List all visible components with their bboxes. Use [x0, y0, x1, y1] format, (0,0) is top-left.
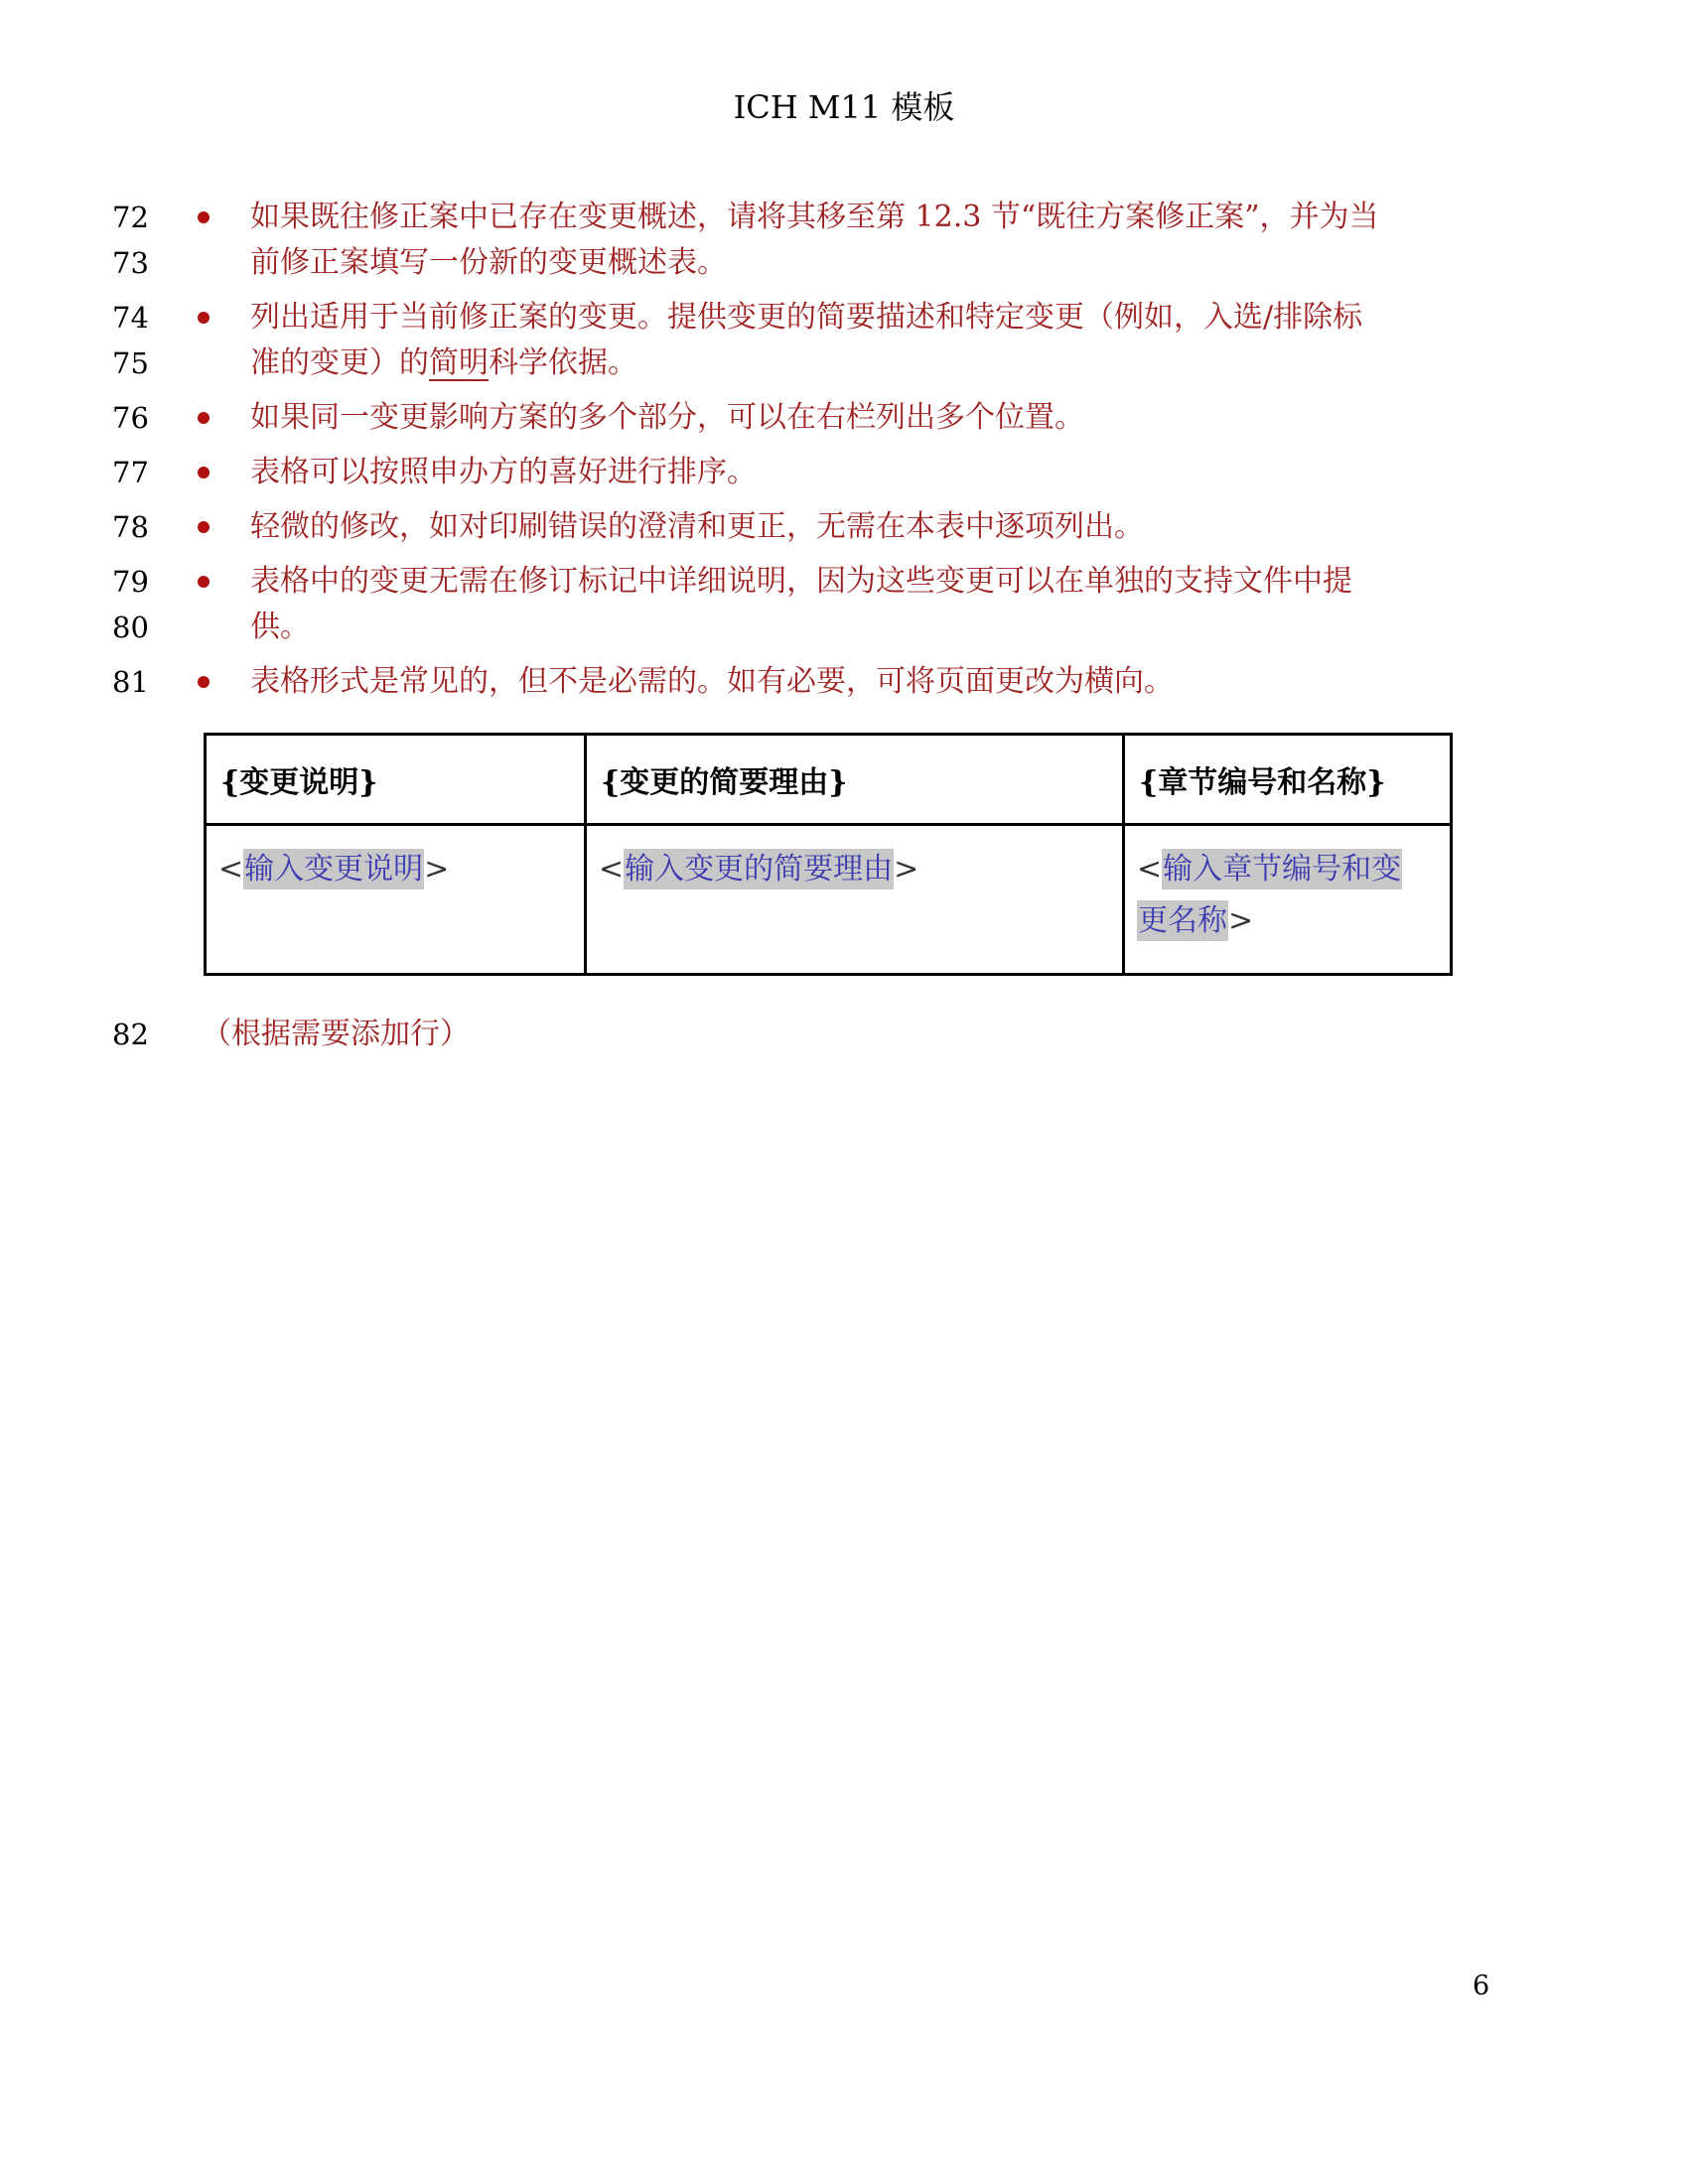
bullet-icon	[198, 467, 210, 478]
line-numbers: 77	[112, 450, 149, 495]
change-summary-table: {变更说明} {变更的简要理由} {章节编号和名称} <输入变更说明> <输入变…	[204, 733, 1453, 976]
table-header-change-reason: {变更的简要理由}	[586, 735, 1124, 825]
bullet-item: 79 80 表格中的变更无需在修订标记中详细说明，因为这些变更可以在单独的支持文…	[0, 559, 1688, 650]
text-line: 准的变更）的简明科学依据。	[250, 341, 1688, 386]
bullet-item: 74 75 列出适用于当前修正案的变更。提供变更的简要描述和特定变更（例如，入选…	[0, 295, 1688, 386]
text-line: 如果既往修正案中已存在变更概述，请将其移至第 12.3 节“既往方案修正案”，并…	[250, 195, 1688, 240]
add-rows-note-row: 82 （根据需要添加行）	[0, 1012, 1688, 1057]
text-line: 表格可以按照申办方的喜好进行排序。	[250, 450, 1688, 495]
underlined-term: 简明	[429, 345, 489, 380]
bullet-text: 表格形式是常见的，但不是必需的。如有必要，可将页面更改为横向。	[250, 659, 1688, 705]
page-number: 6	[1473, 1971, 1489, 2001]
line-number: 82	[112, 1012, 149, 1057]
bullet-icon	[198, 676, 210, 688]
cell-change-description: <输入变更说明>	[206, 825, 586, 975]
line-number: 75	[112, 341, 149, 386]
text-line: 表格中的变更无需在修订标记中详细说明，因为这些变更可以在单独的支持文件中提	[250, 559, 1688, 605]
line-number: 79	[112, 559, 149, 605]
bullet-text: 表格中的变更无需在修订标记中详细说明，因为这些变更可以在单独的支持文件中提 供。	[250, 559, 1688, 650]
bullet-text: 如果既往修正案中已存在变更概述，请将其移至第 12.3 节“既往方案修正案”，并…	[250, 195, 1688, 286]
open-bracket: <	[599, 852, 624, 887]
bullet-item: 78 轻微的修改，如对印刷错误的澄清和更正，无需在本表中逐项列出。	[0, 504, 1688, 550]
line-numbers: 78	[112, 504, 149, 550]
line-number: 78	[112, 504, 149, 550]
line-numbers: 72 73	[112, 195, 149, 286]
document-page: ICH M11 模板 72 73 如果既往修正案中已存在变更概述，请将其移至第 …	[0, 0, 1688, 2184]
text-line: 表格形式是常见的，但不是必需的。如有必要，可将页面更改为横向。	[250, 659, 1688, 705]
placeholder-change-description[interactable]: 输入变更说明	[243, 849, 424, 889]
bullet-item: 77 表格可以按照申办方的喜好进行排序。	[0, 450, 1688, 495]
page-title: ICH M11 模板	[0, 0, 1688, 127]
document-body: 72 73 如果既往修正案中已存在变更概述，请将其移至第 12.3 节“既往方案…	[0, 195, 1688, 1057]
bullet-item: 72 73 如果既往修正案中已存在变更概述，请将其移至第 12.3 节“既往方案…	[0, 195, 1688, 286]
bullet-text: 列出适用于当前修正案的变更。提供变更的简要描述和特定变更（例如，入选/排除标 准…	[250, 295, 1688, 386]
line-number: 73	[112, 240, 149, 286]
bullet-icon	[198, 412, 210, 424]
bullet-text: 轻微的修改，如对印刷错误的澄清和更正，无需在本表中逐项列出。	[250, 504, 1688, 550]
placeholder-section-number-name[interactable]: 输入章节编号和变更名称	[1137, 849, 1402, 941]
bullet-text: 表格可以按照申办方的喜好进行排序。	[250, 450, 1688, 495]
bullet-icon	[198, 211, 210, 223]
line-number: 74	[112, 295, 149, 341]
bullet-item: 81 表格形式是常见的，但不是必需的。如有必要，可将页面更改为横向。	[0, 659, 1688, 705]
table-row: <输入变更说明> <输入变更的简要理由> <输入章节编号和变更名称>	[206, 825, 1452, 975]
line-numbers: 81	[112, 659, 149, 705]
text-line: 前修正案填写一份新的变更概述表。	[250, 240, 1688, 286]
text-line: 轻微的修改，如对印刷错误的澄清和更正，无需在本表中逐项列出。	[250, 504, 1688, 550]
line-numbers: 74 75	[112, 295, 149, 386]
table-header-row: {变更说明} {变更的简要理由} {章节编号和名称}	[206, 735, 1452, 825]
bullet-text: 如果同一变更影响方案的多个部分，可以在右栏列出多个位置。	[250, 395, 1688, 441]
line-number: 80	[112, 605, 149, 650]
bullet-item: 76 如果同一变更影响方案的多个部分，可以在右栏列出多个位置。	[0, 395, 1688, 441]
open-bracket: <	[1137, 852, 1162, 887]
bullet-icon	[198, 576, 210, 588]
open-bracket: <	[218, 852, 243, 887]
line-number: 77	[112, 450, 149, 495]
text-line: 如果同一变更影响方案的多个部分，可以在右栏列出多个位置。	[250, 395, 1688, 441]
text-line: 列出适用于当前修正案的变更。提供变更的简要描述和特定变更（例如，入选/排除标	[250, 295, 1688, 341]
line-number: 81	[112, 659, 149, 705]
text-segment: 准的变更）的	[250, 345, 429, 380]
close-bracket: >	[894, 852, 918, 887]
line-number: 72	[112, 195, 149, 240]
text-line: 供。	[250, 605, 1688, 650]
line-numbers: 76	[112, 395, 149, 441]
cell-section-number-name: <输入章节编号和变更名称>	[1124, 825, 1452, 975]
text-segment: 科学依据。	[489, 345, 637, 380]
placeholder-change-reason[interactable]: 输入变更的简要理由	[624, 849, 894, 889]
line-numbers: 79 80	[112, 559, 149, 650]
line-numbers: 82	[112, 1012, 149, 1057]
close-bracket: >	[424, 852, 449, 887]
cell-change-reason: <输入变更的简要理由>	[586, 825, 1124, 975]
table-header-change-description: {变更说明}	[206, 735, 586, 825]
bullet-icon	[198, 312, 210, 324]
close-bracket: >	[1228, 903, 1253, 938]
line-number: 76	[112, 395, 149, 441]
add-rows-note: （根据需要添加行）	[202, 1012, 1688, 1057]
bullet-icon	[198, 521, 210, 533]
table-header-section-number-name: {章节编号和名称}	[1124, 735, 1452, 825]
